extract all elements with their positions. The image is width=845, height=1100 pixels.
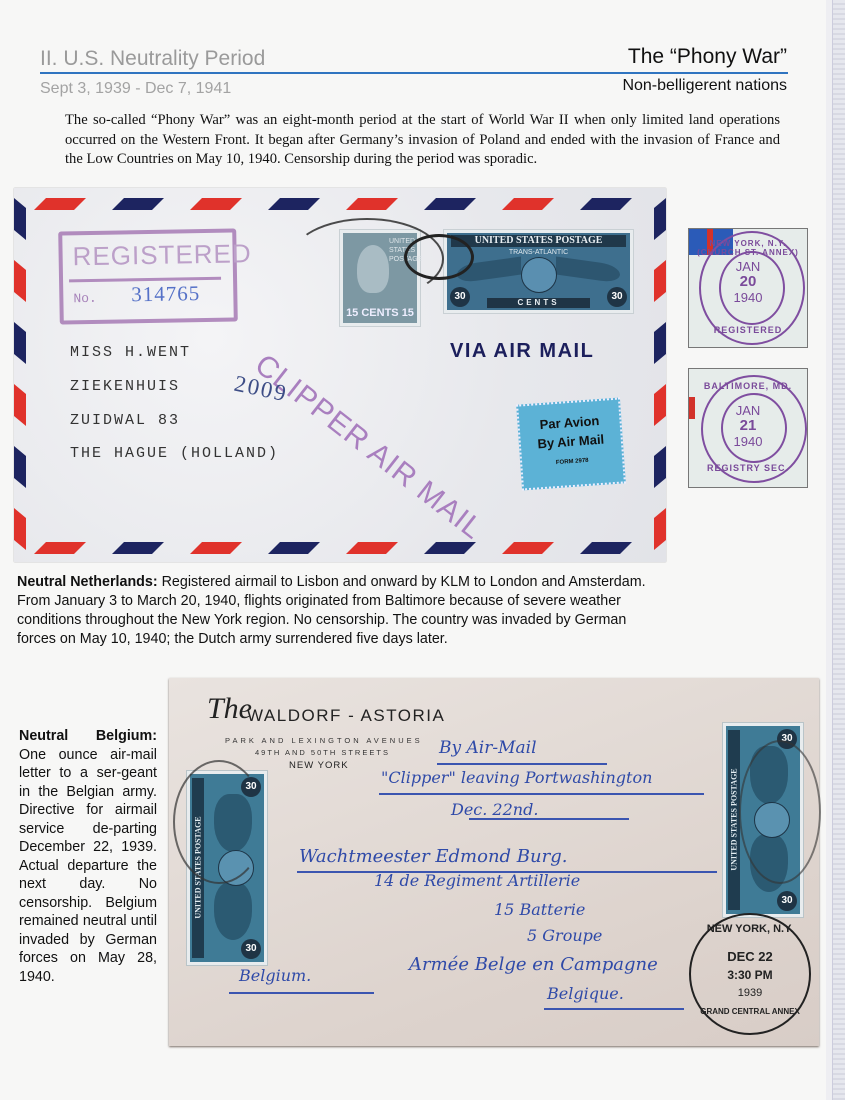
letterhead-address: 49TH AND 50TH STREETS [255,748,390,757]
par-avion-label: Par Avion By Air Mail FORM 2978 [516,397,626,490]
address-line: THE HAGUE (HOLLAND) [70,445,279,462]
wing-icon [214,882,252,940]
stamp-30-cents-transatlantic: UNITED STATES POSTAGE TRANS-ATLANTIC 30 … [444,230,633,313]
wing-icon [556,257,620,284]
address-line: ZUIDWAL 83 [70,412,180,429]
section-title: II. U.S. Neutrality Period [40,47,265,71]
cancel-circle [739,740,821,884]
cover-netherlands: REGISTERED No. 314765 UNITED STATES POST… [14,188,666,562]
letterhead-name: WALDORF - ASTORIA [247,706,445,726]
registration-number: 314765 [131,281,200,307]
globe-icon [521,257,557,293]
postmark-new-york-grand-central: NEW YORK, N.Y. DEC 22 3:30 PM 1939 GRAND… [689,913,811,1035]
postmark-baltimore-thumbnail: BALTIMORE, MD. JAN 21 1940 REGISTRY SEC. [688,368,808,488]
sheet-protector-binding [832,0,845,1100]
cancel-circle [173,760,265,884]
page-subtitle: Non-belligerent nations [622,77,787,95]
cancel-circle [404,234,474,280]
caption-belgium: Neutral Belgium: One ounce air-mail lett… [19,727,157,986]
letterhead-address: PARK AND LEXINGTON AVENUES [225,736,423,745]
address-line: MISS H.WENT [70,344,191,361]
postmark-new-york-thumbnail: NEW YORK, N.Y. (CHURCH ST. ANNEX) JAN 20… [688,228,808,348]
intro-paragraph: The so-called “Phony War” was an eight-m… [65,111,780,170]
registered-handstamp: REGISTERED No. 314765 [58,228,238,324]
cover-belgium: The WALDORF - ASTORIA PARK AND LEXINGTON… [169,678,819,1046]
page-title: The “Phony War” [628,45,787,69]
via-air-mail-text: VIA AIR MAIL [450,340,594,363]
letterhead-the: The [207,692,252,726]
header-rule [40,72,788,74]
section-dates: Sept 3, 1939 - Dec 7, 1941 [40,80,231,98]
address-line: ZIEKENHUIS [70,378,180,395]
letterhead-city: NEW YORK [289,760,349,771]
caption-netherlands: Neutral Netherlands: Registered airmail … [17,573,667,649]
